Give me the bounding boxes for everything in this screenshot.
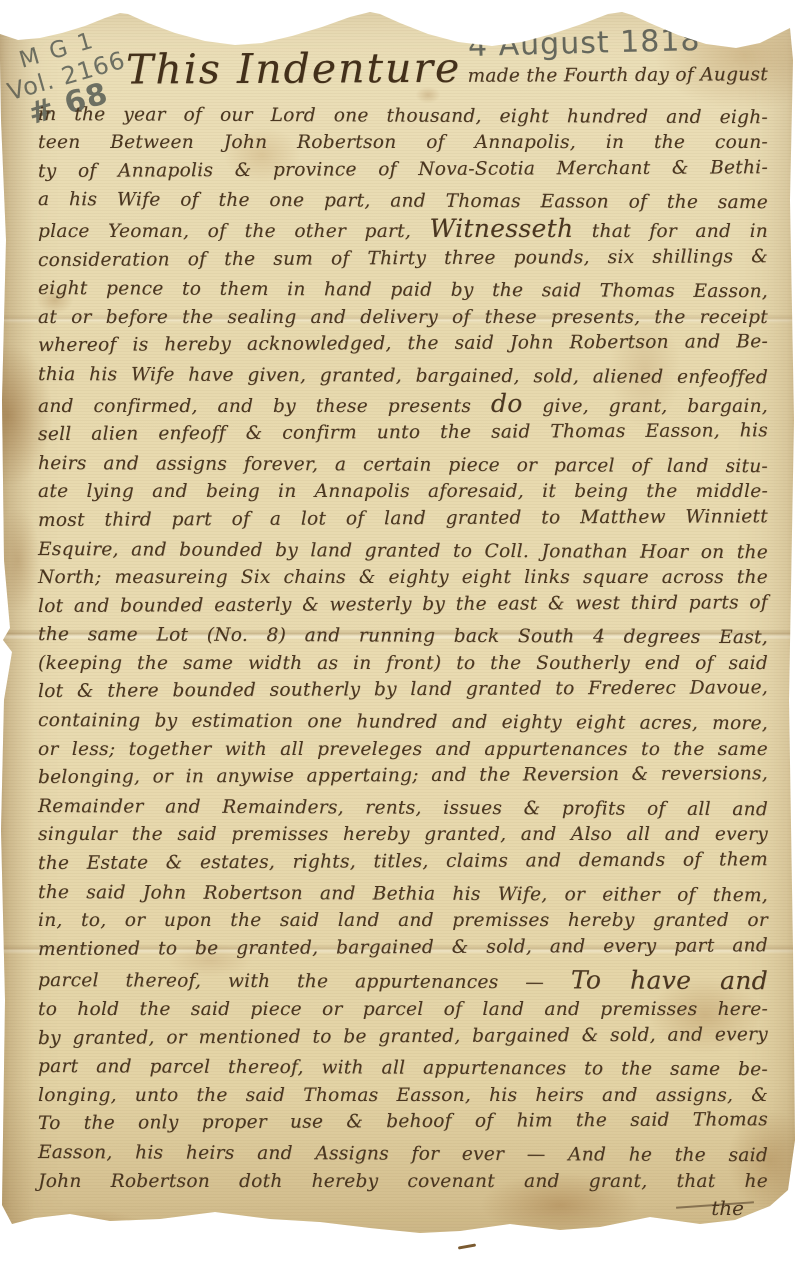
- manuscript-text-segment: in the year of our Lord one thousand, ei…: [38, 104, 768, 128]
- manuscript-line: belonging, or in anywise appertaing; and…: [38, 760, 768, 792]
- manuscript-text-segment: give, grant, bargain,: [523, 396, 768, 417]
- manuscript-line: most third part of a lot of land granted…: [38, 503, 768, 535]
- manuscript-text-segment: that for and in: [573, 221, 768, 242]
- manuscript-line: lot & there bounded southerly by land gr…: [38, 675, 768, 707]
- manuscript-text-segment: or less; together with all preveleges an…: [38, 739, 768, 760]
- manuscript-text-segment: parcel thereof, with the appurtenances —: [38, 970, 571, 993]
- manuscript-line: eight pence to them in hand paid by the …: [38, 275, 768, 307]
- manuscript-text-segment: place Yeoman, of the other part,: [38, 221, 430, 242]
- manuscript-paper: M G 1 Vol. 2166 # 68 4 August 1818 This …: [0, 0, 796, 1263]
- manuscript-text-segment: thia his Wife have given, granted, barga…: [38, 364, 768, 388]
- manuscript-text-segment: North; measureing Six chains & eighty ei…: [38, 567, 768, 588]
- manuscript-line: ty of Annapolis & province of Nova-Scoti…: [38, 154, 768, 186]
- manuscript-text-segment: lot and bounded easterly & westerly by t…: [38, 592, 768, 617]
- manuscript-line: the same Lot (No. 8) and running back So…: [38, 621, 768, 653]
- manuscript-line: lot and bounded easterly & westerly by t…: [38, 589, 768, 621]
- manuscript-line: whereof is hereby acknowledged, the said…: [38, 329, 768, 361]
- manuscript-line: singular the said premisses hereby grant…: [38, 821, 768, 850]
- manuscript-line: place Yeoman, of the other part, Witness…: [38, 215, 768, 247]
- manuscript-text-segment: the said John Robertson and Bethia his W…: [38, 882, 768, 906]
- manuscript-text-segment: teen Between John Robertson of Annapolis…: [38, 132, 768, 153]
- manuscript-text-segment: a his Wife of the one part, and Thomas E…: [38, 189, 768, 213]
- manuscript-text-segment: the same Lot (No. 8) and running back So…: [38, 624, 768, 648]
- manuscript-text-segment: by granted, or mentioned to be granted, …: [38, 1024, 768, 1049]
- catchword: the: [711, 1196, 744, 1220]
- manuscript-text-segment: To have and: [571, 966, 768, 996]
- manuscript-text-segment: Witnesseth: [430, 214, 574, 243]
- manuscript-line: heirs and assigns forever, a certain pie…: [38, 450, 768, 482]
- manuscript-line: the said John Robertson and Bethia his W…: [38, 879, 768, 911]
- manuscript-line: consideration of the sum of Thirty three…: [38, 243, 768, 275]
- scanned-document: M G 1 Vol. 2166 # 68 4 August 1818 This …: [0, 0, 796, 1263]
- manuscript-line: to hold the said piece or parcel of land…: [38, 996, 768, 1025]
- manuscript-text-segment: made the Fourth day of August: [461, 64, 768, 87]
- manuscript-line: North; measureing Six chains & eighty ei…: [38, 564, 768, 593]
- manuscript-line: mentioned to be granted, bargained & sol…: [38, 932, 768, 964]
- manuscript-text-segment: do: [491, 389, 523, 418]
- manuscript-text-segment: lot & there bounded southerly by land gr…: [38, 678, 768, 703]
- manuscript-line: the Estate & estates, rights, titles, cl…: [38, 846, 768, 878]
- manuscript-text-segment: consideration of the sum of Thirty three…: [38, 246, 768, 271]
- manuscript-line: This Indenture made the Fourth day of Au…: [38, 52, 768, 93]
- manuscript-text-segment: heirs and assigns forever, a certain pie…: [38, 453, 768, 477]
- manuscript-line: thia his Wife have given, granted, barga…: [38, 361, 768, 393]
- manuscript-text-segment: the Estate & estates, rights, titles, cl…: [38, 849, 768, 874]
- manuscript-line: in, to, or upon the said land and premis…: [38, 907, 768, 936]
- manuscript-text-segment: singular the said premisses hereby grant…: [38, 824, 768, 845]
- manuscript-text-segment: sell alien enfeoff & confirm unto the sa…: [38, 420, 768, 445]
- manuscript-line: sell alien enfeoff & confirm unto the sa…: [38, 417, 768, 449]
- paper-fragment-speck: [458, 1243, 476, 1249]
- manuscript-line: ate lying and being in Annapolis aforesa…: [38, 478, 768, 507]
- manuscript-text-segment: at or before the sealing and delivery of…: [38, 307, 768, 328]
- manuscript-text-segment: John Robertson doth hereby covenant and …: [38, 1171, 768, 1192]
- manuscript-text-segment: belonging, or in anywise appertaing; and…: [38, 763, 768, 788]
- manuscript-text-segment: mentioned to be granted, bargained & sol…: [38, 935, 768, 960]
- manuscript-line: containing by estimation one hundred and…: [38, 707, 768, 739]
- manuscript-text-segment: longing, unto the said Thomas Easson, hi…: [38, 1085, 768, 1106]
- manuscript-line: Remainder and Remainders, rents, issues …: [38, 793, 768, 825]
- manuscript-lines: This Indenture made the Fourth day of Au…: [38, 56, 768, 1196]
- manuscript-text-segment: Esquire, and bounded by land granted to …: [38, 539, 768, 563]
- manuscript-line: John Robertson doth hereby covenant and …: [38, 1168, 768, 1197]
- manuscript-line: part and parcel thereof, with all appurt…: [38, 1053, 768, 1085]
- manuscript-text-segment: whereof is hereby acknowledged, the said…: [38, 332, 768, 357]
- manuscript-text-segment: To the only proper use & behoof of him t…: [38, 1110, 768, 1135]
- manuscript-text-segment: ty of Annapolis & province of Nova-Scoti…: [38, 157, 768, 182]
- manuscript-text-segment: part and parcel thereof, with all appurt…: [38, 1056, 768, 1080]
- manuscript-text-segment: ate lying and being in Annapolis aforesa…: [38, 481, 768, 502]
- manuscript-line: Esquire, and bounded by land granted to …: [38, 536, 768, 568]
- manuscript-line: teen Between John Robertson of Annapolis…: [38, 129, 768, 158]
- manuscript-text-segment: most third part of a lot of land granted…: [38, 506, 768, 531]
- manuscript-line: in the year of our Lord one thousand, ei…: [38, 101, 768, 133]
- document-heading: This Indenture: [126, 44, 462, 94]
- manuscript-line: parcel thereof, with the appurtenances —…: [38, 964, 768, 999]
- manuscript-text-segment: (keeping the same width as in front) to …: [38, 653, 768, 674]
- manuscript-text-segment: and confirmed, and by these presents: [38, 396, 491, 417]
- manuscript-text-segment: Easson, his heirs and Assigns for ever —…: [38, 1142, 768, 1166]
- manuscript-text-segment: in, to, or upon the said land and premis…: [38, 910, 768, 931]
- manuscript-text-segment: to hold the said piece or parcel of land…: [38, 999, 768, 1020]
- manuscript-line: Easson, his heirs and Assigns for ever —…: [38, 1139, 768, 1171]
- manuscript-line: a his Wife of the one part, and Thomas E…: [38, 186, 768, 218]
- manuscript-line: To the only proper use & behoof of him t…: [38, 1107, 768, 1139]
- manuscript-text-segment: Remainder and Remainders, rents, issues …: [38, 796, 768, 820]
- manuscript-text-segment: containing by estimation one hundred and…: [38, 710, 768, 734]
- manuscript-text-segment: eight pence to them in hand paid by the …: [38, 278, 768, 302]
- manuscript-line: and confirmed, and by these presents do …: [38, 390, 768, 422]
- manuscript-line: by granted, or mentioned to be granted, …: [38, 1021, 768, 1053]
